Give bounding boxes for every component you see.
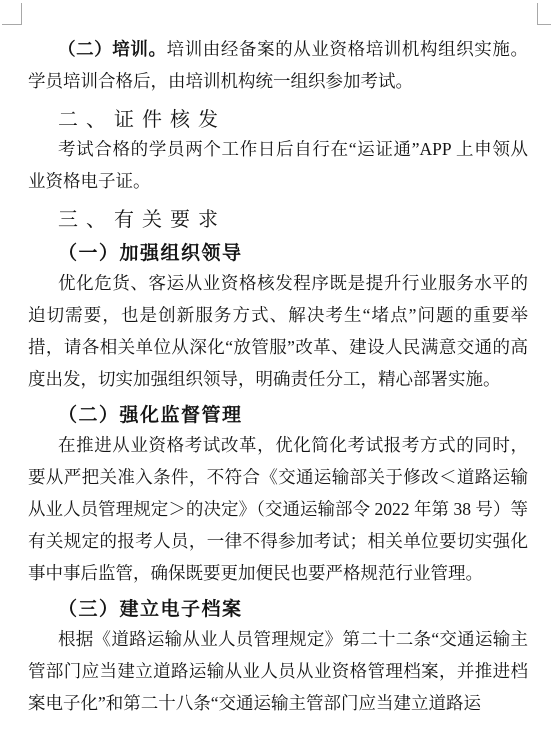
paragraph-lead-bold: （二）培训。 xyxy=(58,39,167,59)
paragraph: 优化危货、客运从业资格核发程序既是提升行业服务水平的迫切需要，也是创新服务方式、… xyxy=(28,267,528,395)
document-body: （二）培训。培训由经备案的从业资格培训机构组织实施。学员培训合格后，由培训机构统… xyxy=(28,33,528,719)
paragraph: 根据《道路运输从业人员管理规定》第二十二条“交通运输主管部门应当建立道路运输从业… xyxy=(28,623,528,719)
sub-heading: （一）加强组织领导 xyxy=(28,239,528,269)
section-heading: 二、证件核发 xyxy=(28,105,528,135)
section-heading: 三、有关要求 xyxy=(28,205,528,235)
paragraph: 在推进从业资格考试改革，优化简化考试报考方式的同时，要从严把关准入条件，不符合《… xyxy=(28,429,528,589)
margin-mark-top-left xyxy=(2,3,22,25)
paragraph: （二）培训。培训由经备案的从业资格培训机构组织实施。学员培训合格后，由培训机构统… xyxy=(28,33,528,97)
sub-heading: （二）强化监督管理 xyxy=(28,401,528,431)
paragraph: 考试合格的学员两个工作日后自行在“运证通”APP 上申领从业资格电子证。 xyxy=(28,133,528,197)
sub-heading: （三）建立电子档案 xyxy=(28,595,528,625)
margin-mark-top-right xyxy=(537,3,551,25)
document-page: （二）培训。培训由经备案的从业资格培训机构组织实施。学员培训合格后，由培训机构统… xyxy=(0,0,554,746)
